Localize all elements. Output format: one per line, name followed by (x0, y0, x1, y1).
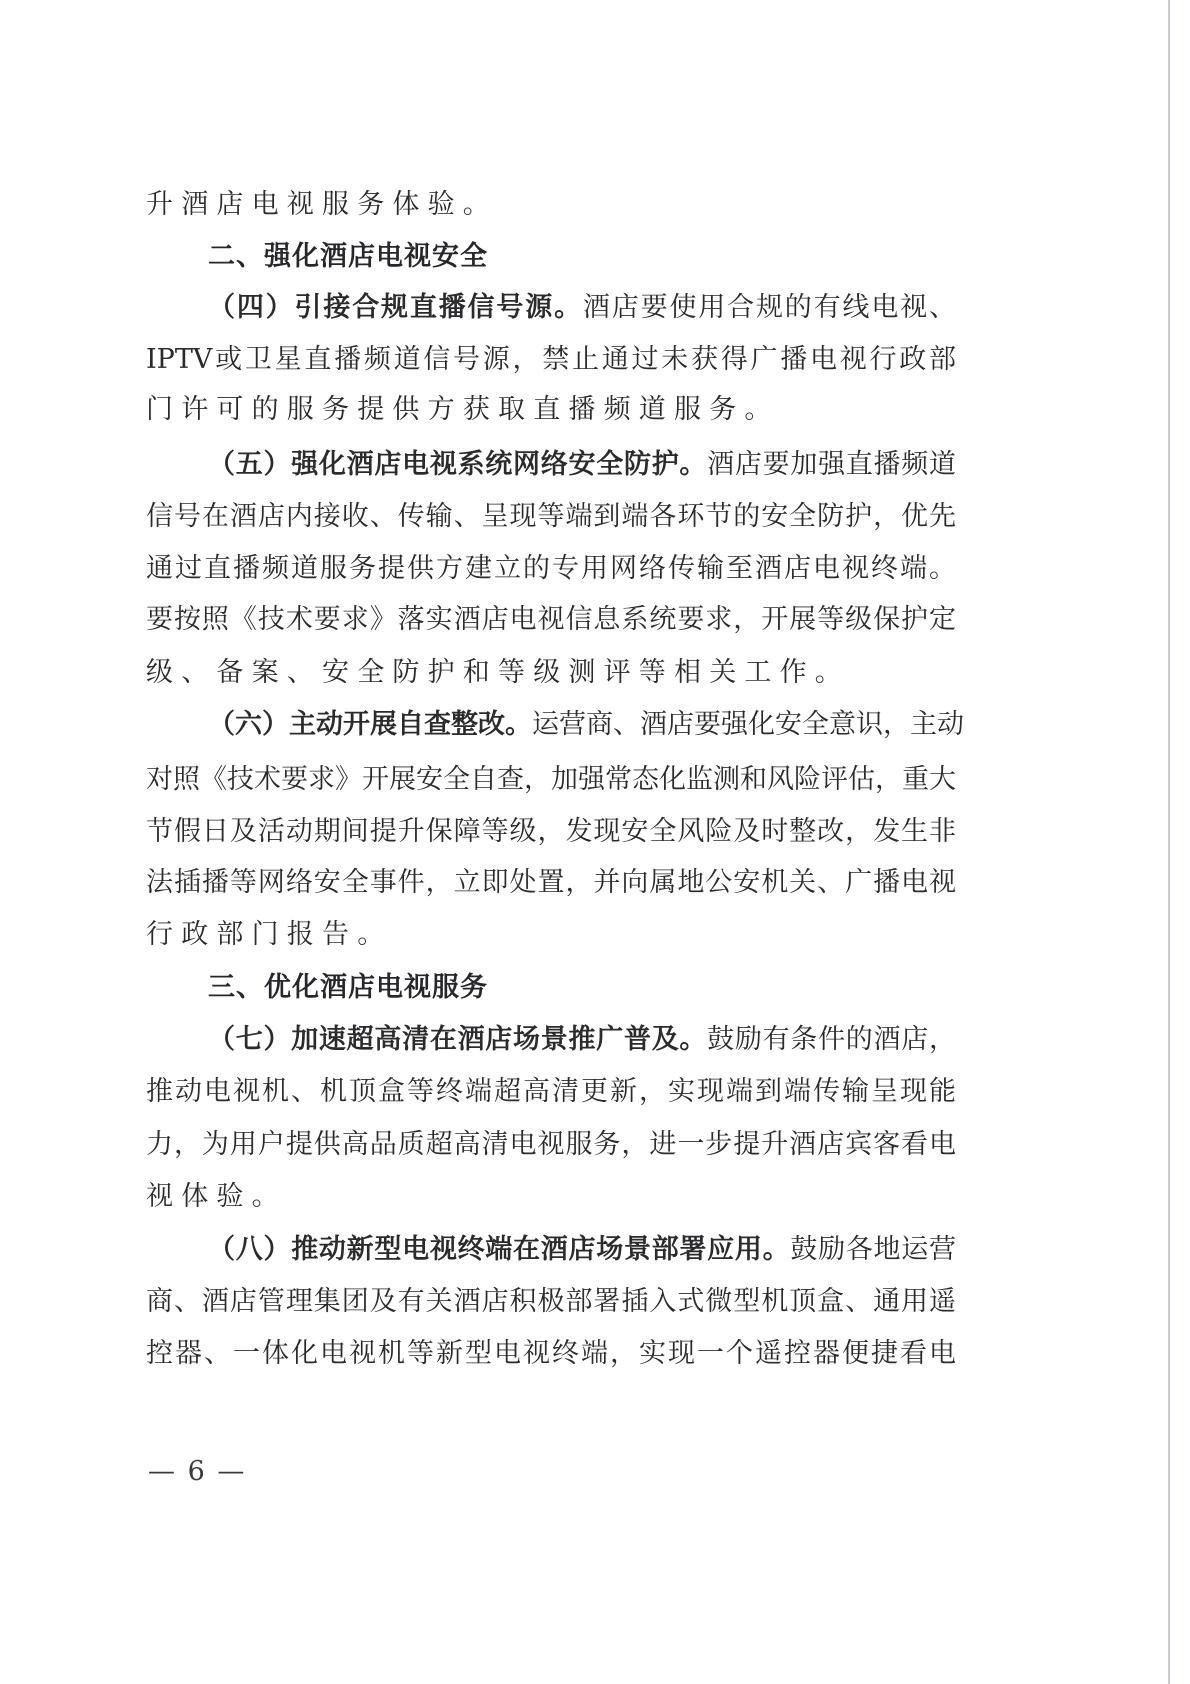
item-text: 酒店要使用合规的有线电视、 (583, 292, 956, 323)
paragraph-line: 门许可的服务提供方获取直播频道服务。 (146, 390, 956, 430)
paragraph-line: 对照《技术要求》开展安全自查，加强常态化监测和风险评估，重大 (146, 760, 956, 800)
paragraph-line: 行政部门报告。 (146, 915, 956, 955)
section-heading-2: 二、强化酒店电视安全 (208, 237, 488, 277)
scan-edge-line (1168, 0, 1170, 1684)
item-lead-4: （四）引接合规直播信号源。 (208, 292, 583, 323)
item-text: 酒店要加强直播频道 (707, 449, 956, 480)
section-heading-3: 三、优化酒店电视服务 (208, 968, 488, 1008)
paragraph-line: （四）引接合规直播信号源。酒店要使用合规的有线电视、 (208, 288, 956, 328)
paragraph-line: 信号在酒店内接收、传输、呈现等端到端各环节的安全防护，优先 (146, 497, 956, 537)
paragraph-line: 控器、一体化电视机等新型电视终端，实现一个遥控器便捷看电 (146, 1334, 956, 1374)
paragraph-line: 节假日及活动期间提升保障等级，发现安全风险及时整改，发生非 (146, 812, 956, 852)
paragraph-line: 商、酒店管理集团及有关酒店积极部署插入式微型机顶盒、通用遥 (146, 1282, 956, 1322)
paragraph-line: 视体验。 (146, 1177, 956, 1217)
document-page: 升酒店电视服务体验。 二、强化酒店电视安全 （四）引接合规直播信号源。酒店要使用… (0, 0, 1190, 1684)
paragraph-line: 级、备案、安全防护和等级测评等相关工作。 (146, 653, 956, 693)
item-lead-8: （八）推动新型电视终端在酒店场景部署应用。 (208, 1234, 790, 1265)
paragraph-line: 推动电视机、机顶盒等终端超高清更新，实现端到端传输呈现能 (146, 1072, 956, 1112)
paragraph-line: 力，为用户提供高品质超高清电视服务，进一步提升酒店宾客看电 (146, 1125, 956, 1165)
paragraph-line: 升酒店电视服务体验。 (146, 185, 956, 225)
item-lead-6: （六）主动开展自查整改。 (208, 709, 532, 740)
item-text: 鼓励各地运营 (790, 1234, 956, 1265)
paragraph-line: 通过直播频道服务提供方建立的专用网络传输至酒店电视终端。 (146, 549, 956, 589)
paragraph-line: （五）强化酒店电视系统网络安全防护。酒店要加强直播频道 (208, 445, 956, 485)
item-lead-7: （七）加速超高清在酒店场景推广普及。 (208, 1024, 707, 1055)
paragraph-line: IPTV或卫星直播频道信号源，禁止通过未获得广播电视行政部 (146, 340, 956, 380)
paragraph-line: 要按照《技术要求》落实酒店电视信息系统要求，开展等级保护定 (146, 600, 956, 640)
item-text: 运营商、酒店要强化安全意识，主动 (532, 709, 964, 740)
item-text: 鼓励有条件的酒店， (707, 1024, 956, 1055)
paragraph-line: （六）主动开展自查整改。运营商、酒店要强化安全意识，主动 (208, 705, 956, 745)
paragraph-line: 法插播等网络安全事件，立即处置，并向属地公安机关、广播电视 (146, 863, 956, 903)
paragraph-line: （七）加速超高清在酒店场景推广普及。鼓励有条件的酒店， (208, 1020, 956, 1060)
page-number: — 6 — (148, 1452, 246, 1492)
paragraph-line: （八）推动新型电视终端在酒店场景部署应用。鼓励各地运营 (208, 1230, 956, 1270)
item-lead-5: （五）强化酒店电视系统网络安全防护。 (208, 449, 707, 480)
